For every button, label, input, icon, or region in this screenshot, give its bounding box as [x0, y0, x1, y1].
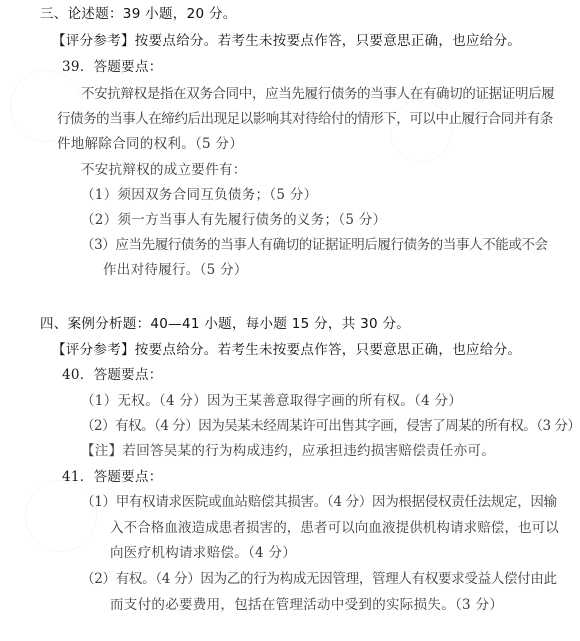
section4-title: 四、案例分析题：40—41 小题，每小题 15 分，共 30 分。	[40, 316, 410, 332]
q41-point-2: （2）有权。（4 分）因为乙的行为构成无因管理，管理人有权要求受益人偿付由此	[81, 571, 557, 587]
answer-document: 三、论述题：39 小题，20 分。 【评分参考】按要点给分。若考生未按要点作答，…	[0, 0, 580, 641]
q39-condition-3-cont: 作出对待履行。（5 分）	[103, 262, 248, 278]
q40-point-1: （1）无权。（4 分）因为王某善意取得字画的所有权。（4 分）	[81, 393, 462, 409]
q40-label: 40．答题要点：	[62, 367, 163, 383]
q41-label: 41．答题要点：	[62, 469, 163, 485]
q40-note: 【注】若回答吴某的行为构成违约，应承担违约损害赔偿责任亦可。	[81, 443, 495, 459]
section3-scoring-note: 【评分参考】按要点给分。若考生未按要点作答，只要意思正确，也应给分。	[52, 33, 521, 49]
q39-condition-1: （1）须因双务合同互负债务；（5 分）	[81, 187, 317, 203]
q39-paragraph-line-3: 件地解除合同的权利。（5 分）	[57, 136, 243, 152]
q39-conditions-intro: 不安抗辩权的成立要件有：	[81, 162, 247, 178]
q41-point-1-cont-b: 向医疗机构请求赔偿。（4 分）	[110, 545, 296, 561]
q40-point-2: （2）有权。（4 分）因为吴某未经周某许可出售其字画，侵害了周某的所有权。（3 …	[81, 418, 580, 434]
watermark-stamp	[390, 100, 452, 162]
q39-condition-3: （3）应当先履行债务的当事人有确切的证据证明后履行债务的当事人不能或不会	[81, 237, 548, 253]
watermark-stamp	[25, 480, 97, 552]
q41-point-1: （1）甲有权请求医院或血站赔偿其损害。（4 分）因为根据侵权责任法规定，因输	[81, 494, 557, 510]
q39-label: 39．答题要点：	[62, 59, 163, 75]
q41-point-1-cont-a: 入不合格血液造成患者损害的，患者可以向血液提供机构请求赔偿，也可以	[110, 520, 559, 536]
q41-point-2-cont: 而支付的必要费用，包括在管理活动中受到的实际损失。（3 分）	[110, 597, 503, 613]
section4-scoring-note: 【评分参考】按要点给分。若考生未按要点作答，只要意思正确，也应给分。	[52, 342, 521, 358]
section3-title: 三、论述题：39 小题，20 分。	[40, 6, 237, 22]
q39-paragraph-line-2: 行债务的当事人在缔约后出现足以影响其对待给付的情形下，可以中止履行合同并有条	[57, 111, 553, 127]
q39-paragraph-line-1: 不安抗辩权是指在双务合同中，应当先履行债务的当事人在有确切的证据证明后履	[81, 86, 554, 102]
q39-condition-2: （2）须一方当事人有先履行债务的义务；（5 分）	[81, 212, 386, 228]
watermark-stamp	[10, 70, 82, 142]
